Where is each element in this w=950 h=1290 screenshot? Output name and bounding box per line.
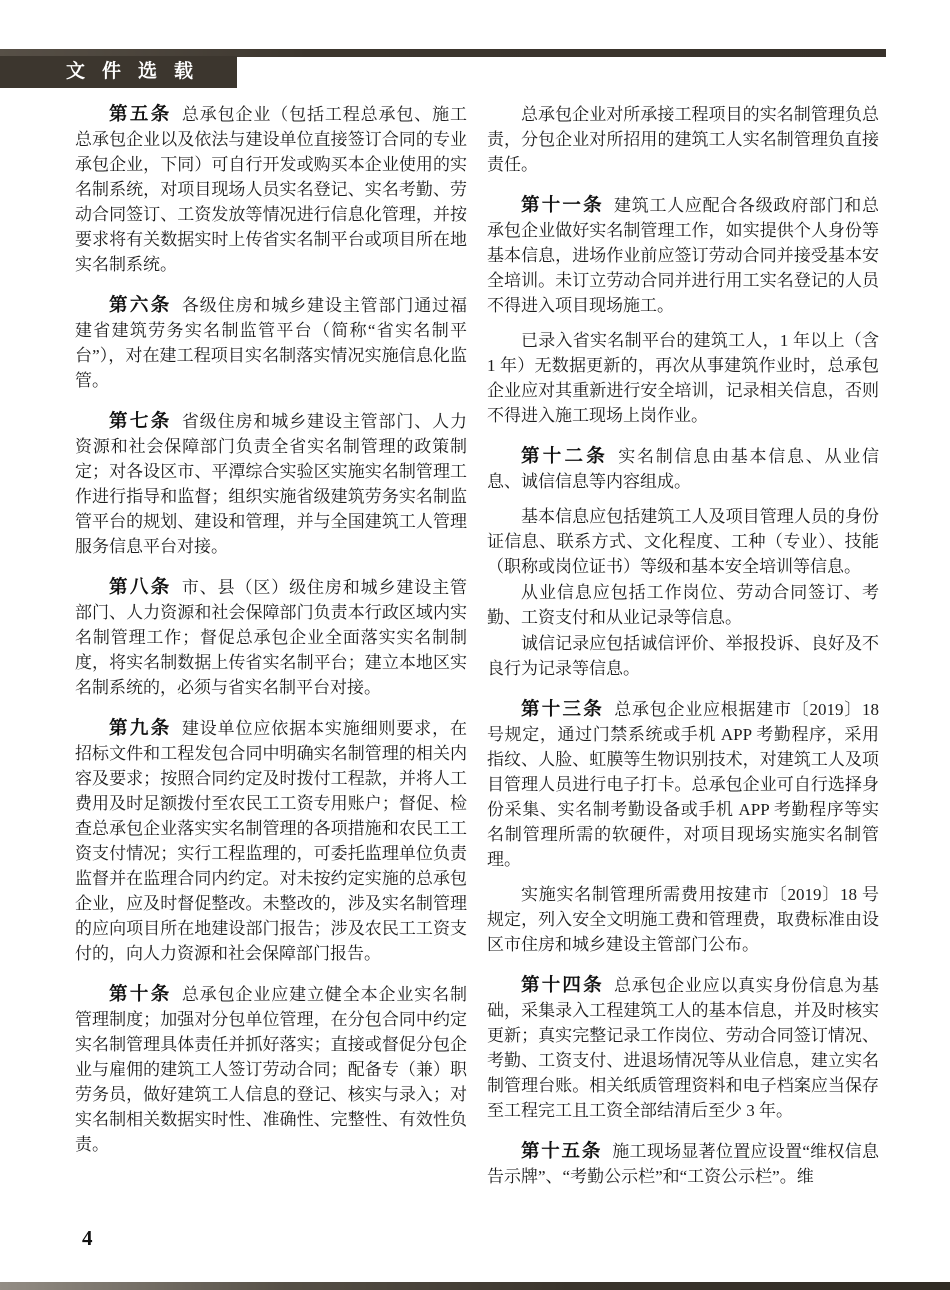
left-column: 第五条总承包企业（包括工程总承包、施工总承包企业以及依法与建设单位直接签订合同的… bbox=[75, 101, 467, 1189]
article-6-paragraph: 第六条各级住房和城乡建设主管部门通过福建省建筑劳务实名制监管平台（简称“省实名制… bbox=[75, 292, 467, 393]
article-13-paragraph-2: 实施实名制管理所需费用按建市〔2019〕18 号规定，列入安全文明施工费和管理费… bbox=[487, 881, 879, 957]
text-columns: 第五条总承包企业（包括工程总承包、施工总承包企业以及依法与建设单位直接签订合同的… bbox=[75, 101, 879, 1189]
article-11b-text: 已录入省实名制平台的建筑工人，1 年以上（含 1 年）无数据更新的，再次从事建筑… bbox=[487, 331, 879, 425]
article-10-paragraph: 第十条总承包企业应建立健全本企业实名制管理制度；加强对分包单位管理，在分包合同中… bbox=[75, 981, 467, 1157]
article-15-number: 第十五条 bbox=[521, 1140, 602, 1161]
article-8-number: 第八条 bbox=[109, 576, 172, 597]
article-11-paragraph-2: 已录入省实名制平台的建筑工人，1 年以上（含 1 年）无数据更新的，再次从事建筑… bbox=[487, 327, 879, 428]
article-13-number: 第十三条 bbox=[521, 698, 604, 719]
footer-rule bbox=[0, 1282, 950, 1290]
header-label-box: 文件选载 bbox=[0, 56, 237, 88]
article-13b-text: 实施实名制管理所需费用按建市〔2019〕18 号规定，列入安全文明施工费和管理费… bbox=[487, 885, 879, 954]
article-13-paragraph: 第十三条总承包企业应根据建市〔2019〕18 号规定，通过门禁系统或手机 APP… bbox=[487, 696, 879, 872]
article-5-paragraph: 第五条总承包企业（包括工程总承包、施工总承包企业以及依法与建设单位直接签订合同的… bbox=[75, 101, 467, 277]
header-label: 文件选载 bbox=[0, 56, 237, 88]
article-10-number: 第十条 bbox=[109, 983, 172, 1004]
article-12-paragraph-2: 基本信息应包括建筑工人及项目管理人员的身份证信息、联系方式、文化程度、工种（专业… bbox=[487, 503, 879, 579]
article-14-text: 总承包企业应以真实身份信息为基础，采集录入工程建筑工人的基本信息，并及时核实更新… bbox=[487, 976, 879, 1120]
article-10-text: 总承包企业应建立健全本企业实名制管理制度；加强对分包单位管理，在分包合同中约定实… bbox=[75, 985, 467, 1154]
article-5-text: 总承包企业（包括工程总承包、施工总承包企业以及依法与建设单位直接签订合同的专业承… bbox=[75, 105, 467, 274]
page-number: 4 bbox=[82, 1226, 93, 1251]
article-12-number: 第十二条 bbox=[521, 445, 608, 466]
article-15-paragraph: 第十五条施工现场显著位置应设置“维权信息告示牌”、“考勤公示栏”和“工资公示栏”… bbox=[487, 1138, 879, 1189]
article-14-number: 第十四条 bbox=[521, 974, 604, 995]
article-5-number: 第五条 bbox=[109, 103, 172, 124]
article-7-text: 省级住房和城乡建设主管部门、人力资源和社会保障部门负责全省实名制管理的政策制定；… bbox=[75, 412, 467, 556]
article-9-text: 建设单位应依据本实施细则要求，在招标文件和工程发包合同中明确实名制管理的相关内容… bbox=[75, 719, 467, 963]
right-column: 总承包企业对所承接工程项目的实名制管理负总责，分包企业对所招用的建筑工人实名制管… bbox=[487, 101, 879, 1189]
article-9-paragraph: 第九条建设单位应依据本实施细则要求，在招标文件和工程发包合同中明确实名制管理的相… bbox=[75, 715, 467, 966]
article-10b-text: 总承包企业对所承接工程项目的实名制管理负总责，分包企业对所招用的建筑工人实名制管… bbox=[487, 105, 879, 174]
article-7-paragraph: 第七条省级住房和城乡建设主管部门、人力资源和社会保障部门负责全省实名制管理的政策… bbox=[75, 408, 467, 559]
article-12c-text: 从业信息应包括工作岗位、劳动合同签订、考勤、工资支付和从业记录等信息。 bbox=[487, 583, 879, 627]
article-14-paragraph: 第十四条总承包企业应以真实身份信息为基础，采集录入工程建筑工人的基本信息，并及时… bbox=[487, 972, 879, 1123]
article-12b-text: 基本信息应包括建筑工人及项目管理人员的身份证信息、联系方式、文化程度、工种（专业… bbox=[487, 507, 879, 576]
article-6-number: 第六条 bbox=[109, 294, 172, 315]
article-12-paragraph-3: 从业信息应包括工作岗位、劳动合同签订、考勤、工资支付和从业记录等信息。 bbox=[487, 579, 879, 630]
article-8-paragraph: 第八条市、县（区）级住房和城乡建设主管部门、人力资源和社会保障部门负责本行政区域… bbox=[75, 574, 467, 700]
article-11-paragraph: 第十一条建筑工人应配合各级政府部门和总承包企业做好实名制管理工作，如实提供个人身… bbox=[487, 192, 879, 318]
article-9-number: 第九条 bbox=[109, 717, 172, 738]
article-12-paragraph: 第十二条实名制信息由基本信息、从业信息、诚信信息等内容组成。 bbox=[487, 443, 879, 494]
article-7-number: 第七条 bbox=[109, 410, 172, 431]
document-page: 文件选载 第五条总承包企业（包括工程总承包、施工总承包企业以及依法与建设单位直接… bbox=[0, 0, 950, 1290]
article-11-number: 第十一条 bbox=[521, 194, 604, 215]
article-10-continuation-paragraph: 总承包企业对所承接工程项目的实名制管理负总责，分包企业对所招用的建筑工人实名制管… bbox=[487, 101, 879, 177]
article-12-paragraph-4: 诚信记录应包括诚信评价、举报投诉、良好及不良行为记录等信息。 bbox=[487, 630, 879, 681]
article-13-text: 总承包企业应根据建市〔2019〕18 号规定，通过门禁系统或手机 APP 考勤程… bbox=[487, 700, 879, 869]
article-12d-text: 诚信记录应包括诚信评价、举报投诉、良好及不良行为记录等信息。 bbox=[487, 634, 879, 678]
